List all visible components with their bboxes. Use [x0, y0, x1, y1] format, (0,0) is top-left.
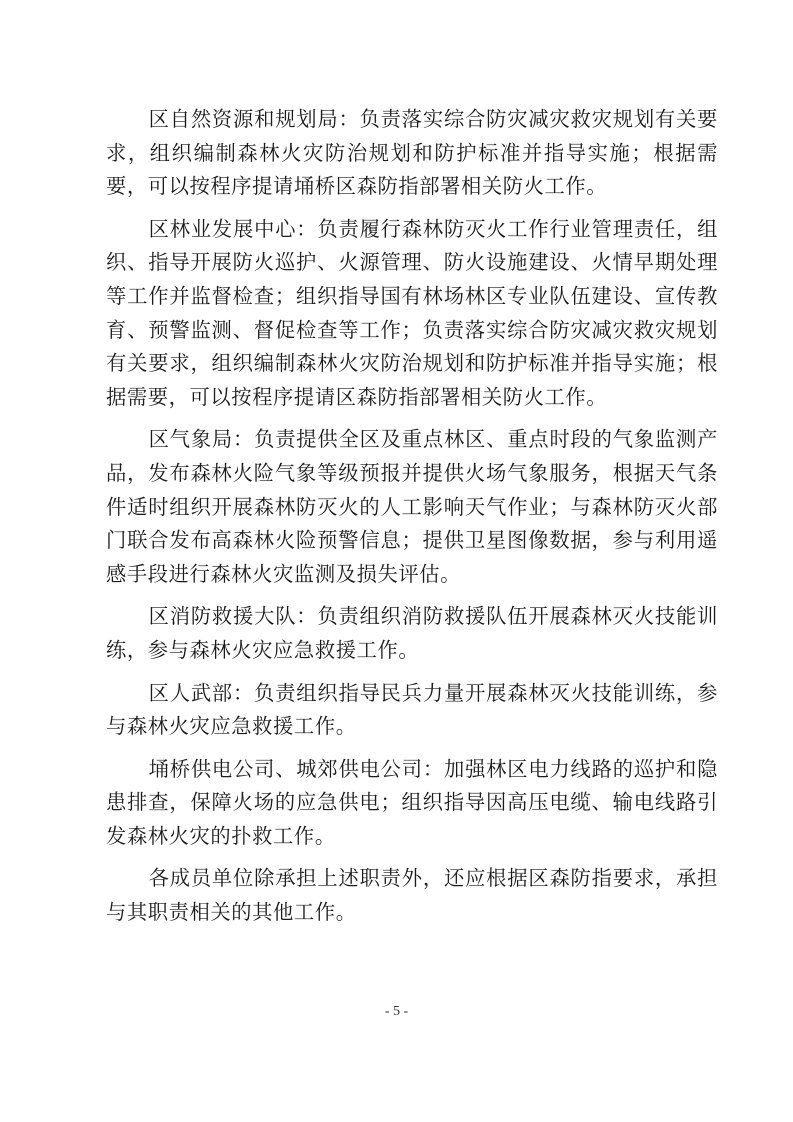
- paragraph-forestry-center: 区林业发展中心：负责履行森林防灭火工作行业管理责任，组织、指导开展防火巡护、火源…: [106, 213, 718, 415]
- page-number: - 5 -: [0, 1004, 793, 1020]
- paragraph-power-supply-companies: 埇桥供电公司、城郊供电公司：加强林区电力线路的巡护和隐患排查，保障火场的应急供电…: [106, 753, 718, 854]
- paragraph-fire-rescue-brigade: 区消防救援大队：负责组织消防救援队伍开展森林灭火技能训练，参与森林火灾应急救援工…: [106, 600, 718, 667]
- document-page: 区自然资源和规划局：负责落实综合防灾减灾救灾规划有关要求，组织编制森林火灾防治规…: [0, 0, 793, 1122]
- paragraph-member-units: 各成员单位除承担上述职责外，还应根据区森防指要求，承担与其职责相关的其他工作。: [106, 862, 718, 929]
- paragraph-natural-resources-bureau: 区自然资源和规划局：负责落实综合防灾减灾救灾规划有关要求，组织编制森林火灾防治规…: [106, 103, 718, 204]
- paragraph-armed-forces-dept: 区人武部：负责组织指导民兵力量开展森林灭火技能训练，参与森林火灾应急救援工作。: [106, 677, 718, 744]
- body-text: 区自然资源和规划局：负责落实综合防灾减灾救灾规划有关要求，组织编制森林火灾防治规…: [106, 103, 718, 939]
- paragraph-meteorological-bureau: 区气象局：负责提供全区及重点林区、重点时段的气象监测产品，发布森林火险气象等级预…: [106, 423, 718, 591]
